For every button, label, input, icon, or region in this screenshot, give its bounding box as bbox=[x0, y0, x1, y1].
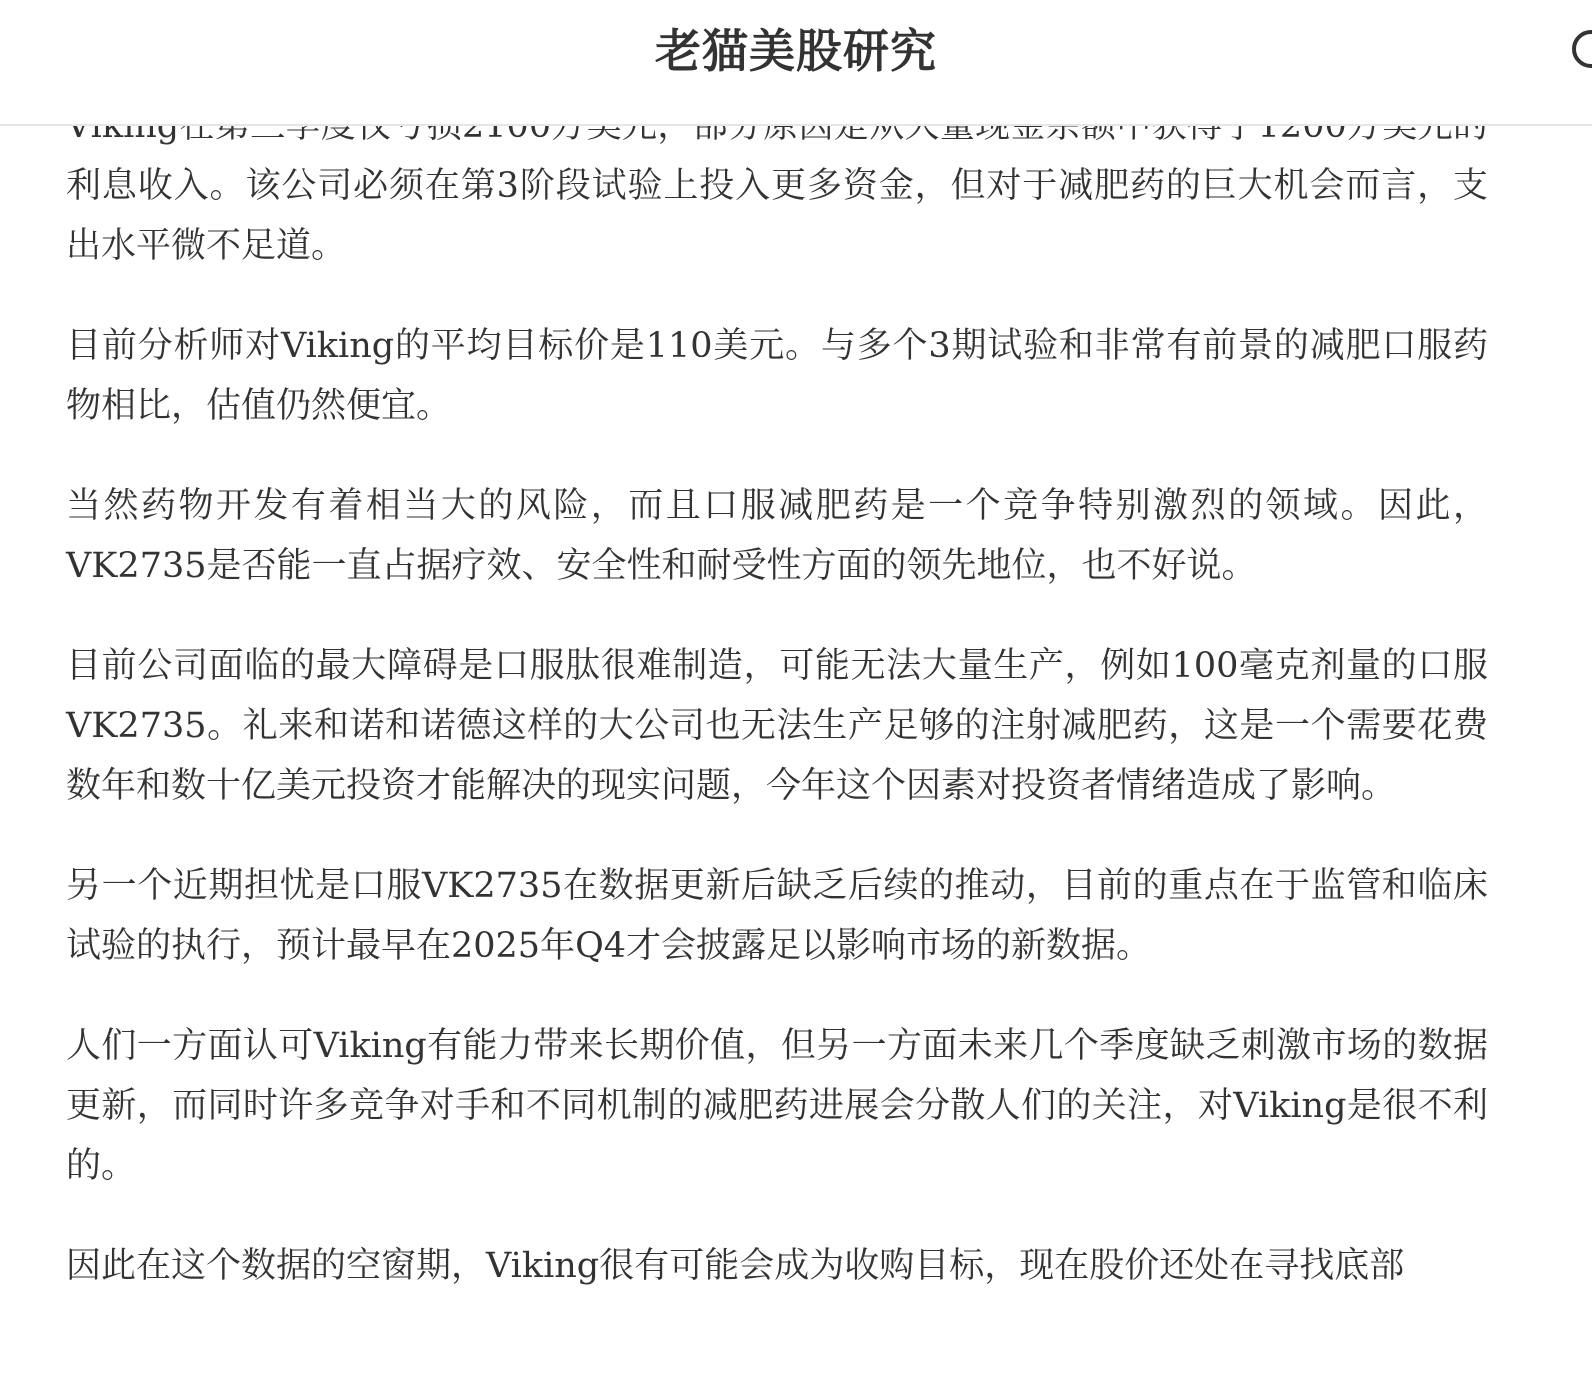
search-icon bbox=[1572, 30, 1592, 68]
article-paragraph: 因此在这个数据的空窗期，Viking很有可能会成为收购目标，现在股价还处在寻找底… bbox=[66, 1236, 1488, 1296]
article-paragraph: 目前公司面临的最大障碍是口服肽很难制造，可能无法大量生产，例如100毫克剂量的口… bbox=[66, 636, 1488, 816]
article-paragraph: 目前分析师对Viking的平均目标价是110美元。与多个3期试验和非常有前景的减… bbox=[66, 316, 1488, 436]
article-paragraph: 当然药物开发有着相当大的风险，而且口服减肥药是一个竞争特别激烈的领域。因此，VK… bbox=[66, 476, 1488, 596]
page: 老猫美股研究 Viking在第三季度仅亏损2100万美元，部分原因是从大量现金余… bbox=[0, 0, 1592, 1382]
site-title: 老猫美股研究 bbox=[0, 20, 1592, 82]
article-paragraph: 另一个近期担忧是口服VK2735在数据更新后缺乏后续的推动，目前的重点在于监管和… bbox=[66, 856, 1488, 976]
top-header: 老猫美股研究 bbox=[0, 0, 1592, 126]
search-button[interactable] bbox=[1572, 30, 1592, 74]
article-body: Viking在第三季度仅亏损2100万美元，部分原因是从大量现金余额中获得了12… bbox=[66, 96, 1488, 1336]
article-paragraph: 人们一方面认可Viking有能力带来长期价值，但另一方面未来几个季度缺乏刺激市场… bbox=[66, 1016, 1488, 1196]
